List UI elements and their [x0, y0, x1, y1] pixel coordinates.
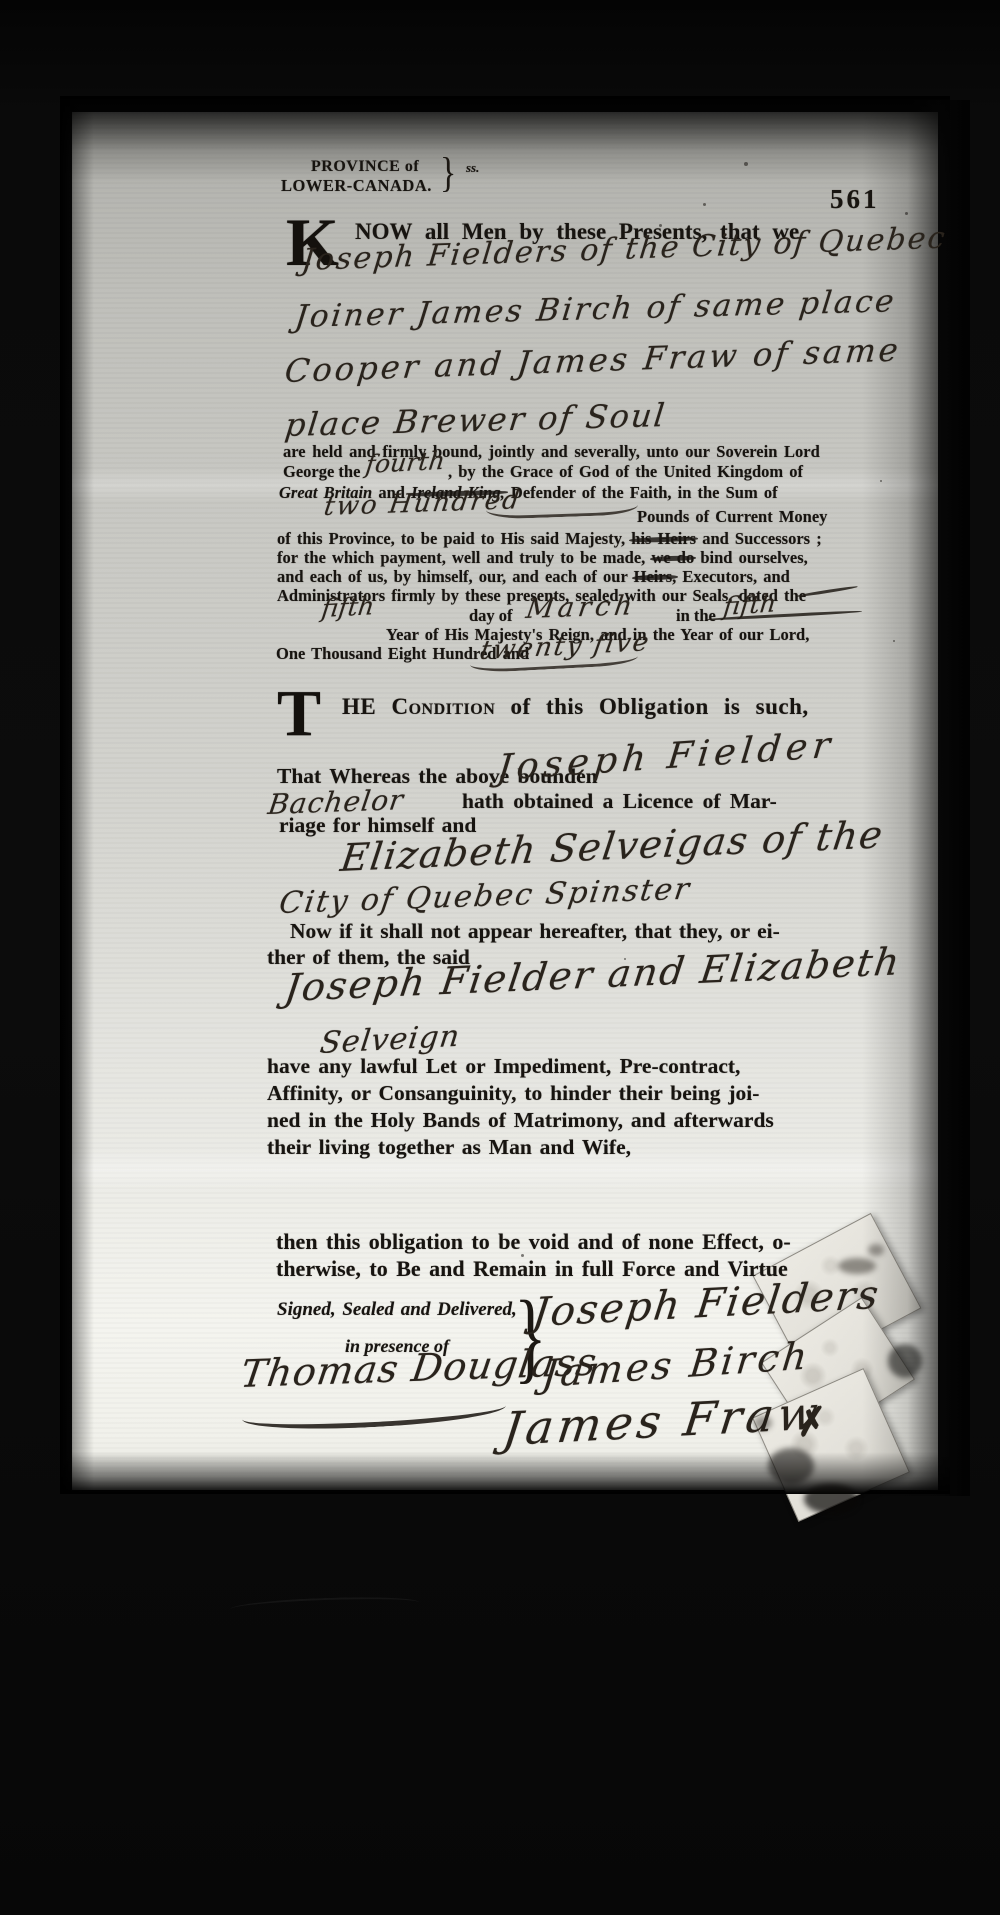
condition-heading: HE Condition of this Obligation is such, [342, 694, 809, 720]
paper-speck [521, 1254, 524, 1257]
struck-we-do: we do [651, 548, 694, 567]
scanned-document-page: PROVINCE of LOWER-CANADA. } ss. 561 K NO… [0, 0, 1000, 1915]
ink-smudge [888, 1344, 922, 1378]
paper-speck [703, 203, 706, 206]
condition-para5-line3: ned in the Holy Bands of Matrimony, and … [267, 1108, 774, 1133]
condition-para5-line2: Affinity, or Consanguinity, to hinder th… [267, 1081, 759, 1106]
condition-para2: hath obtained a Licence of Mar- [462, 789, 777, 814]
condition-para4-line1: Now if it shall not appear hereafter, th… [290, 919, 780, 944]
bond-line2-post: , by the Grace of God of the United King… [448, 462, 803, 482]
paper-speck [744, 162, 748, 166]
struck-heirs: Heirs, [634, 567, 677, 586]
bond-line2-pre: George the [283, 462, 360, 482]
paper-speck [659, 224, 662, 227]
dropcap-t: T [277, 690, 321, 738]
handwritten-day-fifth: fifth [320, 591, 376, 623]
ink-smudge [754, 1416, 772, 1430]
bond-in-the: in the [676, 606, 716, 626]
paper-speck [893, 640, 895, 642]
page-number: 561 [830, 184, 880, 215]
closing-line1: then this obligation to be void and of n… [276, 1229, 791, 1255]
ink-smudge [838, 1258, 876, 1274]
bond-line1: are held and firmly bound, jointly and s… [283, 442, 820, 462]
struck-his-heirs: his Heirs [631, 529, 696, 548]
bond-day-of: day of [469, 606, 513, 626]
scan-shadow-left [60, 100, 94, 1492]
header-brace: } [440, 150, 456, 198]
ink-smudge [868, 1244, 884, 1256]
handwritten-fourth: fourth [364, 446, 447, 479]
province-heading-line2: LOWER-CANADA. [281, 176, 432, 196]
handwritten-month-march: March [524, 590, 638, 625]
bond-line6: for the which payment, well and truly to… [277, 548, 808, 568]
condition-para5-line1: have any lawful Let or Impediment, Pre-c… [267, 1054, 740, 1079]
paper-speck [905, 212, 908, 215]
bond-line7: and each of us, by himself, our, and eac… [277, 567, 790, 587]
province-heading-line1: PROVINCE of [311, 158, 419, 176]
bond-line5: of this Province, to be paid to His said… [277, 529, 822, 549]
signed-sealed-label: Signed, Sealed and Delivered, [277, 1299, 517, 1321]
condition-word: Condition [391, 694, 495, 719]
film-scratch [230, 1595, 420, 1618]
bond-line4-post: Pounds of Current Money [637, 507, 827, 527]
scan-shadow-top [60, 96, 950, 182]
paper-speck [624, 958, 626, 960]
condition-para5-line4: their living together as Man and Wife, [267, 1135, 631, 1160]
ss-abbreviation: ss. [466, 160, 479, 176]
ink-smudge [804, 1484, 858, 1514]
ink-smudge [768, 1448, 814, 1484]
paper-speck [880, 480, 882, 482]
